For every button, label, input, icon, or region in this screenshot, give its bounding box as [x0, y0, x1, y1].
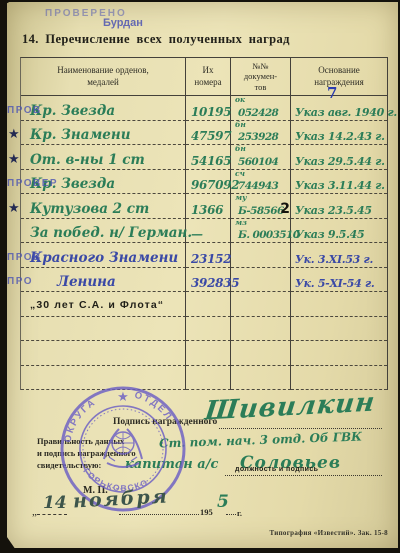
award-name: „30 лет С.А. и Флота“: [30, 299, 164, 311]
photo-corner: [0, 0, 13, 7]
awardee-signature: Шивилкин: [203, 387, 377, 426]
printshop-imprint: Типография «Известий». Зак. 15-8: [269, 529, 388, 537]
star-icon: ★: [8, 126, 20, 142]
table-row: „30 лет С.А. и Флота“: [21, 292, 387, 317]
table-row: ★ От. в-ны 1 ст 54165 бн560104 Указ 29.5…: [21, 145, 387, 170]
year-suffix: г.: [237, 508, 242, 518]
seal-emblem: [104, 429, 142, 467]
position-dotted-line: [225, 475, 382, 476]
award-number: 1366: [191, 203, 223, 217]
table-row: ПРОВ Красного Знамени 23152 Ук. 3.XI.53 …: [21, 243, 387, 268]
provereno-stamp: ПРОВ: [7, 105, 42, 116]
award-basis: Ук. 5-XI-54 г.: [295, 277, 374, 290]
year-printed: 195: [200, 507, 213, 517]
seal-star-icon: ★: [117, 389, 129, 404]
stamped-digit: 2: [280, 201, 290, 217]
award-number: 47597: [191, 129, 231, 143]
award-basis: Указ авг. 1940 г.: [295, 106, 397, 119]
section-title: 14. Перечисление всех полученных наград: [22, 32, 290, 47]
provereno-stamp: ПРОВ: [7, 252, 42, 263]
award-name: За побед. н/ Герман.: [30, 225, 192, 241]
position-caption: должность и подпись: [235, 466, 318, 473]
awards-table: Наименование орденов, медалей Их номера …: [20, 57, 388, 390]
year-handwritten: 5: [217, 492, 229, 512]
doc-number: 560104: [238, 156, 278, 168]
award-basis: Указ 9.5.45: [295, 228, 364, 241]
header-doc-numbers: №№ докумен- тов: [231, 58, 291, 95]
award-basis: Указ 3.11.44 г.: [295, 179, 385, 192]
table-row: ★ Кр. Знамени 47597 бн253928 Указ 14.2.4…: [21, 121, 387, 146]
award-basis: Ук. 3.XI.53 г.: [295, 253, 373, 266]
award-name: Кутузова 2 ст: [30, 201, 149, 217]
doc-number: 744943: [238, 180, 278, 192]
award-name: Ленина: [57, 274, 116, 290]
star-icon: ★: [8, 151, 20, 167]
award-name: Кр. Знамени: [30, 127, 131, 143]
verified-stamp: ПРОВЕРЕНО Бурдан: [45, 8, 143, 29]
award-basis: Указ 23.5.45: [295, 204, 372, 217]
table-row: За побед. н/ Герман. — мзБ. 0003510 Указ…: [21, 219, 387, 244]
provereno-stamp: ПРО: [7, 276, 33, 287]
award-number: 10195: [191, 105, 231, 119]
star-icon: ★: [8, 200, 20, 216]
doc-number: 253928: [238, 131, 278, 143]
table-row-empty: [21, 341, 387, 366]
photo-corner: [0, 527, 18, 553]
award-card-page: ПРОВЕРЕНО Бурдан 14. Перечисление всех п…: [7, 2, 398, 548]
provereno-stamp: ПРОВЕР: [7, 178, 58, 189]
table-row: ПРОВ Кр. Звезда 10195 ок052428 7Указ авг…: [21, 96, 387, 121]
table-row: ПРО Ленина 392835 Ук. 5-XI-54 г.: [21, 268, 387, 293]
date-line: „ 14 ноября 195 5 г.: [7, 489, 398, 529]
doc-number: Б-58566: [238, 205, 284, 217]
table-row: ★ Кутузова 2 ст 1366 муБ-585662 Указ 23.…: [21, 194, 387, 219]
award-number: 23152: [191, 252, 231, 266]
table-row: ПРОВЕР Кр. Звезда 967092 сч744943 Указ 3…: [21, 170, 387, 195]
open-quote: „: [32, 506, 37, 518]
header-award-name: Наименование орденов, медалей: [21, 58, 186, 95]
date-day: 14: [43, 493, 67, 513]
verifier-name: Бурдан: [103, 17, 143, 29]
award-basis: Указ 29.5.44 г.: [295, 155, 385, 168]
award-name: Красного Знамени: [30, 250, 178, 266]
award-name: Кр. Звезда: [30, 103, 115, 119]
award-number: 54165: [191, 154, 231, 168]
table-row-empty: [21, 317, 387, 342]
header-basis: Основание награждения: [291, 58, 387, 95]
award-basis: Указ 14.2.43 г.: [295, 130, 385, 143]
award-name: От. в-ны 1 ст: [30, 152, 145, 168]
official-position-handwritten: Ст. пом. нач. 3 отд. Об ГВК: [159, 429, 362, 450]
header-numbers: Их номера: [186, 58, 231, 95]
check-mark: 7: [327, 84, 337, 102]
date-month: ноября: [72, 486, 169, 513]
doc-number: 052428: [238, 107, 278, 119]
award-number: —: [191, 227, 203, 241]
